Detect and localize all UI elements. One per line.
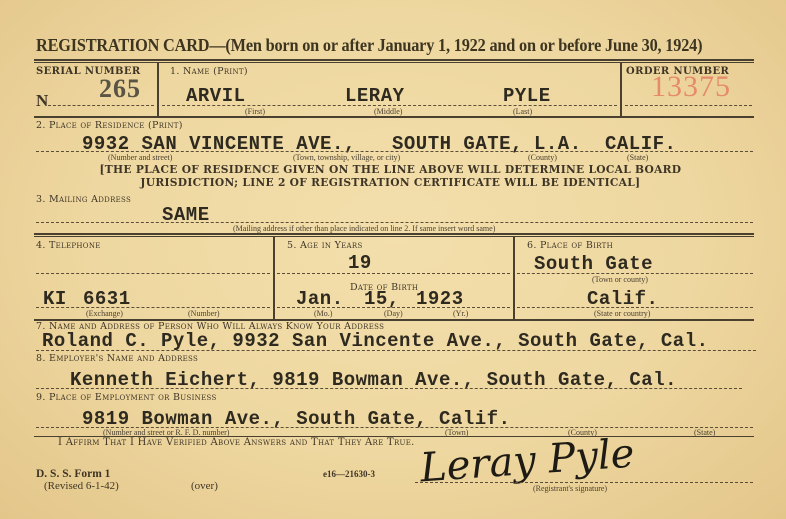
- employer-label: 8. Employer's Name and Address: [36, 353, 198, 364]
- residence-state-caption: (State): [627, 153, 648, 162]
- divider: [34, 236, 754, 237]
- fill-line: [36, 350, 756, 351]
- fill-line: [36, 151, 753, 152]
- print-code: e16—21630-3: [323, 469, 375, 479]
- birthplace-state-caption: (State or country): [594, 309, 650, 318]
- form-id: D. S. S. Form 1: [36, 468, 110, 480]
- affirmation: I Affirm That I Have Verified Above Answ…: [58, 437, 415, 448]
- signature-caption: (Registrant's signature): [533, 484, 607, 493]
- signature-line: [415, 482, 753, 483]
- name-middle-caption: (Middle): [374, 107, 402, 116]
- fill-line: [36, 273, 270, 274]
- age-value: 19: [348, 252, 372, 274]
- form-revised: (Revised 6-1-42): [44, 480, 119, 492]
- fill-line: [36, 388, 742, 389]
- age-label: 5. Age in Years: [287, 240, 363, 251]
- name-label: 1. Name (Print): [170, 66, 248, 77]
- residence-notice-line2: JURISDICTION; LINE 2 OF REGISTRATION CER…: [80, 176, 701, 189]
- divider: [34, 233, 754, 235]
- name-last: PYLE: [503, 85, 551, 107]
- residence-notice-line1: [THE PLACE OF RESIDENCE GIVEN ON THE LIN…: [80, 163, 701, 176]
- fill-line: [517, 307, 753, 308]
- name-first: ARVIL: [186, 85, 246, 107]
- over-note: (over): [191, 480, 218, 492]
- birthplace-town: South Gate: [534, 253, 653, 275]
- name-first-caption: (First): [245, 107, 265, 116]
- employment-label: 9. Place of Employment or Business: [36, 392, 217, 403]
- residence-notice: [THE PLACE OF RESIDENCE GIVEN ON THE LIN…: [80, 163, 701, 189]
- fill-line: [48, 105, 154, 106]
- divider: [620, 62, 622, 116]
- telephone-exchange-caption: (Exchange): [86, 309, 123, 318]
- serial-prefix: N: [36, 91, 48, 111]
- fill-line: [277, 273, 510, 274]
- telephone-label: 4. Telephone: [36, 240, 101, 251]
- birthplace-label: 6. Place of Birth: [527, 240, 613, 251]
- contact-value: Roland C. Pyle, 9932 San Vincente Ave., …: [42, 330, 709, 352]
- residence-town-caption: (Town, township, village, or city): [293, 153, 400, 162]
- fill-line: [625, 105, 752, 106]
- birthplace-town-caption: (Town or county): [592, 275, 648, 284]
- mailing-label: 3. Mailing Address: [36, 194, 131, 205]
- divider: [34, 59, 754, 61]
- fill-line: [36, 222, 753, 223]
- fill-line: [517, 273, 753, 274]
- fill-line: [36, 307, 270, 308]
- residence-street-caption: (Number and street): [108, 153, 172, 162]
- residence-label: 2. Place of Residence (Print): [36, 120, 183, 131]
- card-title: REGISTRATION CARD—(Men born on or after …: [36, 35, 702, 56]
- fill-line: [162, 105, 617, 106]
- telephone-number-caption: (Number): [188, 309, 220, 318]
- divider: [34, 116, 754, 118]
- residence-county-caption: (County): [528, 153, 557, 162]
- fill-line: [277, 307, 510, 308]
- dob-day-caption: (Day): [384, 309, 403, 318]
- order-number: 13375: [651, 70, 731, 104]
- name-middle: LERAY: [345, 85, 405, 107]
- divider: [157, 62, 159, 116]
- name-last-caption: (Last): [513, 107, 532, 116]
- dob-year-caption: (Yr.): [453, 309, 468, 318]
- divider: [273, 237, 275, 319]
- dob-month-caption: (Mo.): [314, 309, 332, 318]
- divider: [513, 237, 515, 319]
- mailing-caption: (Mailing address if other than place ind…: [233, 224, 495, 233]
- serial-number: 265: [99, 74, 141, 104]
- divider: [34, 62, 754, 63]
